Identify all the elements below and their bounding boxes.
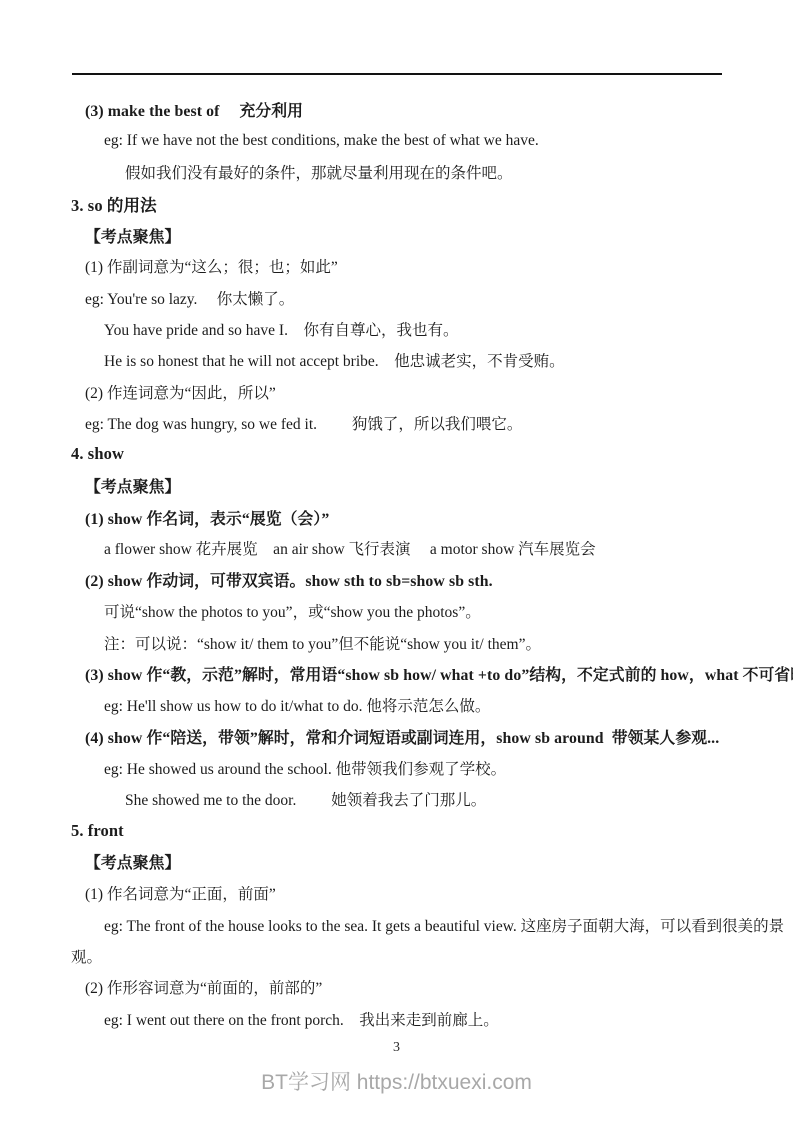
text-line: 【考点聚焦】 [0, 846, 793, 877]
text-line: 3. so 的用法 [0, 188, 793, 219]
text-line: (2) 作连词意为“因此，所以” [0, 376, 793, 407]
text-line: eg: He'll show us how to do it/what to d… [0, 690, 793, 721]
text-line: eg: The front of the house looks to the … [0, 909, 793, 940]
text-line: 【考点聚焦】 [0, 470, 793, 501]
text-line: (4) show 作“陪送，带领”解时，常和介词短语或副词连用，show sb … [0, 721, 793, 752]
text-line: eg: The dog was hungry, so we fed it. 狗饿… [0, 407, 793, 438]
text-line: (3) make the best of 充分利用 [0, 94, 793, 125]
text-line: (2) show 作动词，可带双宾语。show sth to sb=show s… [0, 564, 793, 595]
watermark: BT学习网 https://btxuexi.com [0, 1066, 793, 1096]
text-line: eg: I went out there on the front porch.… [0, 1003, 793, 1034]
text-line: (2) 作形容词意为“前面的，前部的” [0, 972, 793, 1003]
text-line: (1) show 作名词，表示“展览（会）” [0, 501, 793, 532]
text-line: He is so honest that he will not accept … [0, 345, 793, 376]
text-line: 假如我们没有最好的条件，那就尽量利用现在的条件吧。 [0, 157, 793, 188]
page-number: 3 [0, 1040, 793, 1056]
text-line: 5. front [0, 815, 793, 846]
text-line: a flower show 花卉展览 an air show 飞行表演 a mo… [0, 533, 793, 564]
text-line: 可说“show the photos to you”，或“show you th… [0, 596, 793, 627]
text-line: (1) 作名词意为“正面，前面” [0, 878, 793, 909]
text-line: 注：可以说：“show it/ them to you”但不能说“show yo… [0, 627, 793, 658]
text-line: eg: You're so lazy. 你太懒了。 [0, 282, 793, 313]
text-line: She showed me to the door. 她领着我去了门那儿。 [0, 784, 793, 815]
document-page: (3) make the best of 充分利用eg: If we have … [0, 0, 793, 1122]
header-divider [72, 73, 722, 75]
text-line: 4. show [0, 439, 793, 470]
text-line: 【考点聚焦】 [0, 219, 793, 250]
document-content: (3) make the best of 充分利用eg: If we have … [0, 94, 793, 1034]
text-line: (1) 作副词意为“这么；很；也；如此” [0, 251, 793, 282]
text-line: 观。 [0, 940, 793, 971]
text-line: (3) show 作“教，示范”解时，常用语“show sb how/ what… [0, 658, 793, 689]
text-line: You have pride and so have I. 你有自尊心，我也有。 [0, 313, 793, 344]
text-line: eg: If we have not the best conditions, … [0, 125, 793, 156]
text-line: eg: He showed us around the school. 他带领我… [0, 752, 793, 783]
